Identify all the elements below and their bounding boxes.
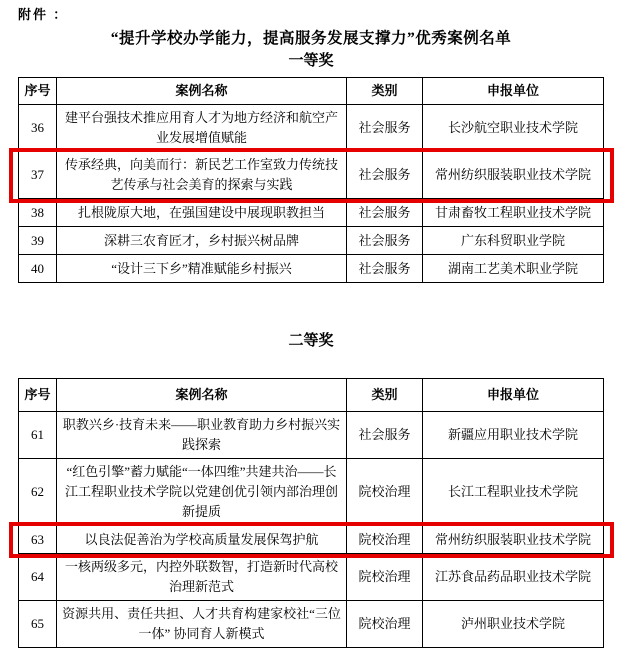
cell-case-name: “红色引擎”蓄力赋能“一体四维”共建共治——长江工程职业技术学院以党建创优引领内…	[57, 459, 347, 526]
cell-case-name: 职教兴乡·技育未来——职业教育助力乡村振兴实践探索	[57, 412, 347, 459]
cell-serial-number: 65	[19, 601, 57, 648]
column-header-category: 类别	[347, 379, 423, 412]
table-row: 39深耕三农育匠才，乡村振兴树品牌社会服务广东科贸职业学院	[19, 227, 604, 255]
cell-organization: 长江工程职业技术学院	[423, 459, 604, 526]
cell-organization: 新疆应用职业技术学院	[423, 412, 604, 459]
column-header-case-name: 案例名称	[57, 379, 347, 412]
main-title: “提升学校办学能力，提高服务发展支撑力”优秀案例名单	[0, 26, 622, 48]
cell-category: 社会服务	[347, 199, 423, 227]
cell-case-name: 扎根陇原大地，在强国建设中展现职教担当	[57, 199, 347, 227]
cell-organization: 广东科贸职业学院	[423, 227, 604, 255]
cell-serial-number: 63	[19, 526, 57, 554]
cell-case-name: 资源共用、责任共担、人才共育构建家校社“三位一体” 协同育人新模式	[57, 601, 347, 648]
second-prize-section: 二等奖 序号 案例名称 类别 申报单位 61职教兴乡·技育未来——职业教育助力乡…	[0, 329, 622, 648]
cell-category: 院校治理	[347, 601, 423, 648]
cell-case-name: 建平台强技术推应用育人才为地方经济和航空产业发展增值赋能	[57, 105, 347, 152]
table-header: 序号 案例名称 类别 申报单位	[19, 78, 604, 105]
cell-serial-number: 39	[19, 227, 57, 255]
column-header-serial: 序号	[19, 379, 57, 412]
cell-case-name: 传承经典，向美而行：新民艺工作室致力传统技艺传承与社会美育的探索与实践	[57, 152, 347, 199]
cell-serial-number: 40	[19, 255, 57, 283]
column-header-organization: 申报单位	[423, 379, 604, 412]
cell-serial-number: 37	[19, 152, 57, 199]
cell-organization: 长沙航空职业技术学院	[423, 105, 604, 152]
cell-organization: 甘肃畜牧工程职业技术学院	[423, 199, 604, 227]
header-row: 序号 案例名称 类别 申报单位	[19, 78, 604, 105]
table-row: 61职教兴乡·技育未来——职业教育助力乡村振兴实践探索社会服务新疆应用职业技术学…	[19, 412, 604, 459]
header-row: 序号 案例名称 类别 申报单位	[19, 379, 604, 412]
first-prize-section: 一等奖 序号 案例名称 类别 申报单位 36建平台强技术推应用育人才为地方经济和…	[0, 49, 622, 283]
section-title-second-prize: 二等奖	[0, 329, 622, 350]
cell-category: 社会服务	[347, 105, 423, 152]
cell-category: 院校治理	[347, 554, 423, 601]
cell-organization: 湖南工艺美术职业学院	[423, 255, 604, 283]
cell-category: 社会服务	[347, 227, 423, 255]
cell-organization: 常州纺织服装职业技术学院	[423, 152, 604, 199]
table-row: 65资源共用、责任共担、人才共育构建家校社“三位一体” 协同育人新模式院校治理泸…	[19, 601, 604, 648]
table-row: 40“设计三下乡”精准赋能乡村振兴社会服务湖南工艺美术职业学院	[19, 255, 604, 283]
attachment-label: 附件 ：	[18, 4, 68, 23]
table-body: 61职教兴乡·技育未来——职业教育助力乡村振兴实践探索社会服务新疆应用职业技术学…	[19, 412, 604, 648]
table-row: 63以良法促善治为学校高质量发展保驾护航院校治理常州纺织服装职业技术学院	[19, 526, 604, 554]
cell-serial-number: 62	[19, 459, 57, 526]
section-title-first-prize: 一等奖	[0, 49, 622, 70]
table-row: 64一核两级多元，内控外联数智，打造新时代高校治理新范式院校治理江苏食品药品职业…	[19, 554, 604, 601]
cell-category: 院校治理	[347, 526, 423, 554]
column-header-serial: 序号	[19, 78, 57, 105]
cell-organization: 江苏食品药品职业技术学院	[423, 554, 604, 601]
table-row: 62“红色引擎”蓄力赋能“一体四维”共建共治——长江工程职业技术学院以党建创优引…	[19, 459, 604, 526]
document-page: 附件 ： “提升学校办学能力，提高服务发展支撑力”优秀案例名单 一等奖 序号 案…	[0, 0, 622, 659]
column-header-category: 类别	[347, 78, 423, 105]
cell-serial-number: 64	[19, 554, 57, 601]
cell-organization: 常州纺织服装职业技术学院	[423, 526, 604, 554]
cell-case-name: 一核两级多元，内控外联数智，打造新时代高校治理新范式	[57, 554, 347, 601]
cell-serial-number: 61	[19, 412, 57, 459]
cell-case-name: 以良法促善治为学校高质量发展保驾护航	[57, 526, 347, 554]
cell-serial-number: 38	[19, 199, 57, 227]
table-header: 序号 案例名称 类别 申报单位	[19, 379, 604, 412]
cell-category: 社会服务	[347, 152, 423, 199]
table-row: 36建平台强技术推应用育人才为地方经济和航空产业发展增值赋能社会服务长沙航空职业…	[19, 105, 604, 152]
first-prize-table: 序号 案例名称 类别 申报单位 36建平台强技术推应用育人才为地方经济和航空产业…	[18, 77, 604, 283]
cell-category: 社会服务	[347, 255, 423, 283]
column-header-organization: 申报单位	[423, 78, 604, 105]
cell-organization: 泸州职业技术学院	[423, 601, 604, 648]
table-row: 38扎根陇原大地，在强国建设中展现职教担当社会服务甘肃畜牧工程职业技术学院	[19, 199, 604, 227]
cell-category: 社会服务	[347, 412, 423, 459]
cell-category: 院校治理	[347, 459, 423, 526]
column-header-case-name: 案例名称	[57, 78, 347, 105]
cell-serial-number: 36	[19, 105, 57, 152]
table-row: 37传承经典，向美而行：新民艺工作室致力传统技艺传承与社会美育的探索与实践社会服…	[19, 152, 604, 199]
table-body: 36建平台强技术推应用育人才为地方经济和航空产业发展增值赋能社会服务长沙航空职业…	[19, 105, 604, 283]
cell-case-name: “设计三下乡”精准赋能乡村振兴	[57, 255, 347, 283]
second-prize-table: 序号 案例名称 类别 申报单位 61职教兴乡·技育未来——职业教育助力乡村振兴实…	[18, 378, 604, 648]
cell-case-name: 深耕三农育匠才，乡村振兴树品牌	[57, 227, 347, 255]
